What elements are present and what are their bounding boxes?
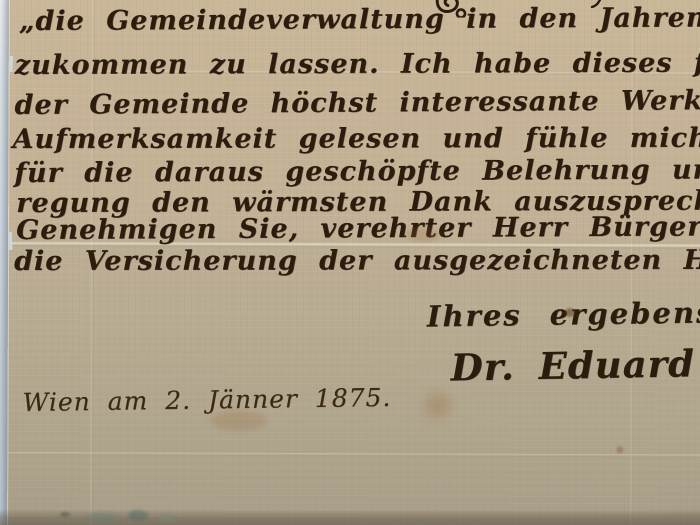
letter-line: die Versicherung der ausgezeichneten Hoc…: [14, 245, 700, 277]
horizontal-fold-crease: [8, 452, 700, 457]
letter-line: für die daraus geschöpfte Belehrung und …: [14, 154, 700, 189]
dateline: Wien am 2. Jänner 1875.: [22, 383, 391, 417]
paper-edge-notch: [7, 56, 13, 72]
paper-stain: [616, 446, 623, 453]
letter-line: „die Gemeindeverwaltung in den Jahren 18…: [19, 2, 700, 37]
letter-line: Genehmigen Sie, verehrter Herr Bürgermei: [16, 211, 700, 246]
letter-line: der Gemeinde höchst interessante Werk mi…: [15, 84, 700, 121]
signature: Dr. Eduard Ha: [450, 340, 700, 390]
letter-line: Aufmerksamkeit gelesen und fühle mich ve…: [12, 123, 700, 155]
paper-edge-notch: [7, 232, 12, 250]
photo-of-handwritten-letter: „die Gemeindeverwaltung in den Jahren 18…: [0, 0, 700, 525]
ink-stain: [417, 387, 459, 423]
letter-line: zukommen zu lassen. Ich habe dieses für …: [15, 47, 700, 81]
closing-formula: Ihres ergebenst: [427, 295, 700, 333]
letter-paper-sheet: „die Gemeindeverwaltung in den Jahren 18…: [7, 0, 700, 525]
